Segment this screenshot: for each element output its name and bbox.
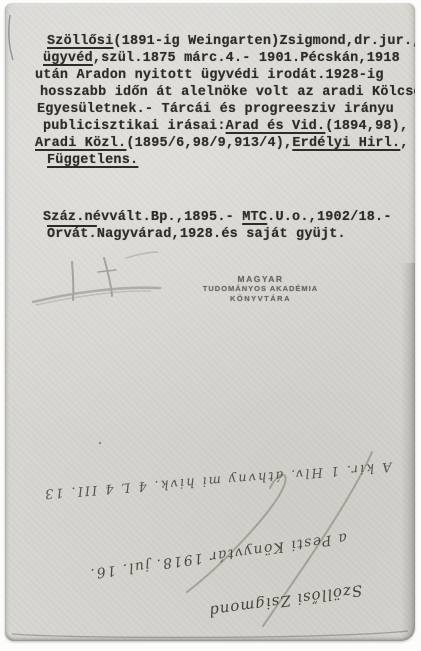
typed-segment: MTC bbox=[242, 210, 267, 225]
scanned-card: Szöllősi(1891-ig Weingarten)Zsigmond,dr.… bbox=[0, 0, 421, 651]
typed-line: publicisztikai irásai:Arad és Vid.(1894,… bbox=[5, 118, 415, 135]
typed-segment: Nagyvárad,1928.és saját gyüjt. bbox=[97, 227, 346, 242]
typed-segment: ,szül.1875 márc.4.- 1901.Pécskán,1918 bbox=[93, 51, 400, 66]
typed-line: Száz.névvált.Bp.,1895.- MTC.U.o.,1902/18… bbox=[5, 209, 415, 226]
typed-line: Szöllősi(1891-ig Weingarten)Zsigmond,dr.… bbox=[5, 33, 415, 50]
typed-segment: után Aradon nyitott ügyvédi irodát.1928-… bbox=[35, 68, 384, 83]
sources-paragraph: Száz.névvált.Bp.,1895.- MTC.U.o.,1902/18… bbox=[5, 209, 415, 243]
typed-segment: Orvát. bbox=[47, 227, 97, 242]
typed-line: után Aradon nyitott ügyvédi irodát.1928-… bbox=[5, 67, 415, 84]
paper-card: Szöllősi(1891-ig Weingarten)Zsigmond,dr.… bbox=[5, 3, 415, 641]
typed-segment: Szöllősi bbox=[47, 34, 113, 49]
typed-segment: Egyesületnek.- Tárcái és progreesziv irá… bbox=[37, 102, 394, 117]
typed-segment: .U.o.,1902/18.- bbox=[267, 210, 392, 225]
stamp-line-2: TUDOMÁNYOS AKADÉMIA bbox=[173, 284, 348, 294]
typed-segment: Függetlens. bbox=[47, 153, 138, 168]
stamp-line-3: KÖNYVTÁRA bbox=[173, 294, 348, 304]
biography-paragraph: Szöllősi(1891-ig Weingarten)Zsigmond,dr.… bbox=[5, 33, 415, 169]
typed-segment: Aradi Közl. bbox=[35, 136, 126, 151]
stamp-line-1: MAGYAR bbox=[173, 274, 348, 284]
typed-segment: publicisztikai irásai: bbox=[43, 119, 226, 134]
typed-line: Aradi Közl.(1895/6,98/9,913/4),Erdélyi H… bbox=[5, 135, 415, 152]
typed-segment: , bbox=[400, 136, 408, 151]
typed-segment: (1891-ig Weingarten)Zsigmond,dr.jur., bbox=[113, 34, 415, 49]
typed-text: Szöllősi(1891-ig Weingarten)Zsigmond,dr.… bbox=[5, 3, 415, 641]
typed-segment: (1895/6,98/9,913/4), bbox=[126, 136, 292, 151]
typed-line: Függetlens. bbox=[5, 152, 415, 169]
typed-line: Orvát.Nagyvárad,1928.és saját gyüjt. bbox=[5, 226, 415, 243]
typed-line: ügyvéd,szül.1875 márc.4.- 1901.Pécskán,1… bbox=[5, 50, 415, 67]
typed-segment: Erdélyi Hirl. bbox=[292, 136, 400, 151]
typed-line: Egyesületnek.- Tárcái és progreesziv irá… bbox=[5, 101, 415, 118]
typed-segment: Arad és Vid. bbox=[226, 119, 326, 134]
typed-segment: (1894,98), bbox=[325, 119, 408, 134]
typed-line: hosszabb időn át alelnöke volt az aradi … bbox=[5, 84, 415, 101]
typed-segment: Száz.névvált.Bp.,1895.- bbox=[43, 210, 242, 225]
typed-segment: ügyvéd bbox=[43, 51, 93, 66]
library-stamp: MAGYAR TUDOMÁNYOS AKADÉMIA KÖNYVTÁRA bbox=[173, 274, 348, 304]
typed-segment: hosszabb időn át alelnöke volt az aradi … bbox=[40, 85, 415, 100]
